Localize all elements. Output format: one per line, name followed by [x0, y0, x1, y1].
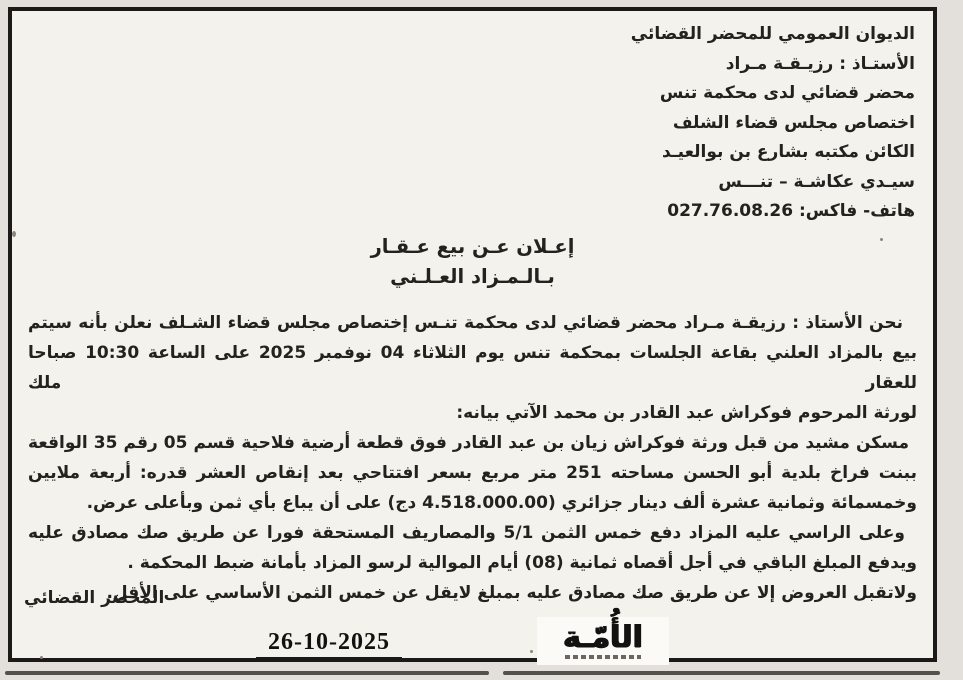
publication-date: 26-10-2025 — [256, 629, 402, 661]
scan-artifact — [880, 238, 883, 241]
jurisdiction: اختصاص مجلس قضاء الشلف — [28, 109, 915, 139]
scan-artifact — [40, 656, 43, 659]
next-ad-border-left-segment — [5, 671, 489, 675]
announcement-body: نحن الأستاذ : رزيقـة مـراد محضر قضائي لد… — [28, 308, 917, 608]
newspaper-logo: الأُمّـة — [537, 617, 669, 665]
body-paragraph-property: مسكن مشيد من قبل ورثة فوكراش زيان بن عبد… — [28, 428, 917, 518]
body-paragraph-payment-terms: وعلى الراسي عليه المزاد دفع خمس الثمن 5/… — [28, 518, 917, 578]
phone-fax: هاتف- فاكس: 027.76.08.26 — [28, 197, 915, 227]
newspaper-logo-text: الأُمّـة — [563, 623, 643, 653]
notice-content: الديوان العمومي للمحضر القضائي الأستـاذ … — [12, 11, 933, 658]
notice-frame: الديوان العمومي للمحضر القضائي الأستـاذ … — [8, 7, 937, 662]
office-title: الديوان العمومي للمحضر القضائي — [28, 20, 915, 50]
newspaper-logo-caption-strip — [565, 655, 641, 659]
office-header-block: الديوان العمومي للمحضر القضائي الأستـاذ … — [28, 20, 917, 227]
next-ad-border-right-segment — [503, 671, 940, 675]
office-address-street: الكائن مكتبه بشارع بن بوالعيـد — [28, 138, 915, 168]
scan-artifact — [12, 231, 16, 237]
announcement-title-line1: إعـلان عـن بيع عـقـار — [28, 232, 917, 262]
bailiff-role: محضر قضائي لدى محكمة تنس — [28, 79, 915, 109]
announcement-title: إعـلان عـن بيع عـقـار بـالـمـزاد العـلـن… — [28, 232, 917, 292]
scanned-newspaper-ad-page: الديوان العمومي للمحضر القضائي الأستـاذ … — [0, 0, 963, 680]
body-paragraph-intro: نحن الأستاذ : رزيقـة مـراد محضر قضائي لد… — [28, 308, 917, 398]
office-address-city: سيـدي عكاشـة – تنـــس — [28, 168, 915, 198]
scan-artifact — [530, 650, 533, 653]
announcement-title-line2: بـالـمـزاد العـلـني — [28, 262, 917, 292]
body-paragraph-heirs: لورثة المرحوم فوكراش عبد القادر بن محمد … — [28, 398, 917, 428]
bailiff-name: الأستـاذ : رزيـقـة مـراد — [28, 50, 915, 80]
signature-label: المحضر القضائي — [24, 588, 164, 608]
